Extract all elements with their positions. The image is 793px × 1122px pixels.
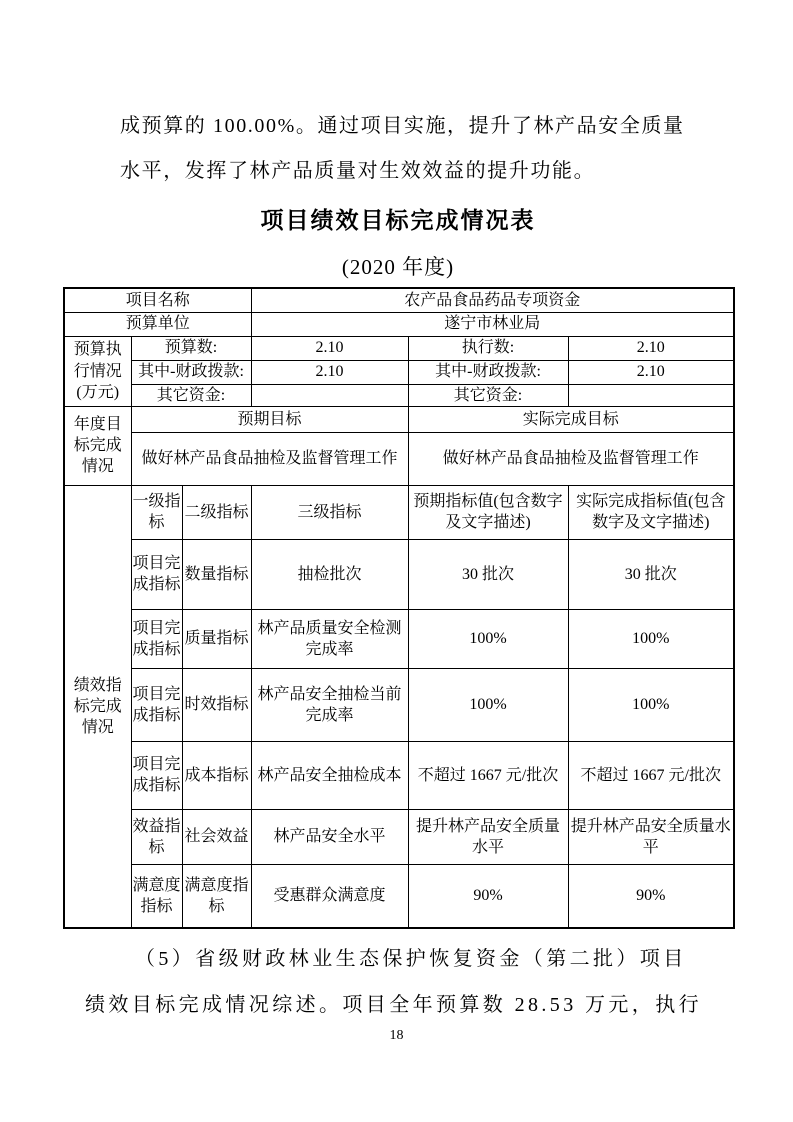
cell-fiscal-allocation-label-right: 其中-财政拨款: <box>408 360 568 384</box>
cell-fiscal-allocation-value-right: 2.10 <box>568 360 734 384</box>
cell-budget-number-label: 预算数: <box>131 336 251 360</box>
table-row: 其它资金: 其它资金: <box>64 384 734 406</box>
cell-indicator-level2: 时效指标 <box>182 668 251 741</box>
cell-performance-section-label: 绩效指标完成情况 <box>64 485 131 928</box>
table-row: 项目完成指标 质量指标 林产品质量安全检测完成率 100% 100% <box>64 609 734 668</box>
cell-indicator-level3: 受惠群众满意度 <box>251 864 408 928</box>
cell-indicator-expected: 100% <box>408 668 568 741</box>
cell-project-name-value: 农产品食品药品专项资金 <box>251 288 734 312</box>
paragraph-line: 绩效目标完成情况综述。项目全年预算数 28.53 万元，执行 <box>85 982 713 1028</box>
table-subtitle: (2020 年度) <box>63 251 733 281</box>
cell-indicator-level1: 效益指标 <box>131 809 182 864</box>
table-row: 项目完成指标 数量指标 抽检批次 30 批次 30 批次 <box>64 539 734 609</box>
document-page: 成预算的 100.00%。通过项目实施，提升了林产品安全质量 水平，发挥了林产品… <box>0 0 793 1122</box>
cell-indicator-level2: 质量指标 <box>182 609 251 668</box>
cell-budget-unit-value: 遂宁市林业局 <box>251 312 734 336</box>
cell-other-funds-label-right: 其它资金: <box>408 384 568 406</box>
cell-expected-target-header: 预期目标 <box>131 406 408 432</box>
cell-indicator-level2: 社会效益 <box>182 809 251 864</box>
page-number: 18 <box>0 1028 793 1044</box>
cell-indicator-actual: 100% <box>568 609 734 668</box>
cell-other-funds-value-right <box>568 384 734 406</box>
cell-budget-execution-label: 预算执行情况(万元) <box>64 336 131 406</box>
cell-indicator-level3: 抽检批次 <box>251 539 408 609</box>
table-row: 项目名称 农产品食品药品专项资金 <box>64 288 734 312</box>
cell-project-name-label: 项目名称 <box>64 288 251 312</box>
cell-indicator-level1: 项目完成指标 <box>131 741 182 809</box>
cell-execution-number-label: 执行数: <box>408 336 568 360</box>
cell-budget-unit-label: 预算单位 <box>64 312 251 336</box>
cell-header-level1: 一级指标 <box>131 485 182 539</box>
cell-indicator-actual: 100% <box>568 668 734 741</box>
cell-indicator-level2: 满意度指标 <box>182 864 251 928</box>
cell-header-level2: 二级指标 <box>182 485 251 539</box>
cell-indicator-actual: 不超过 1667 元/批次 <box>568 741 734 809</box>
table-row: 项目完成指标 时效指标 林产品安全抽检当前完成率 100% 100% <box>64 668 734 741</box>
table-row: 做好林产品食品抽检及监督管理工作 做好林产品食品抽检及监督管理工作 <box>64 432 734 485</box>
cell-indicator-expected: 不超过 1667 元/批次 <box>408 741 568 809</box>
paragraph-line: 水平，发挥了林产品质量对生效效益的提升功能。 <box>120 149 695 194</box>
cell-execution-number-value: 2.10 <box>568 336 734 360</box>
table-row: 预算执行情况(万元) 预算数: 2.10 执行数: 2.10 <box>64 336 734 360</box>
cell-indicator-level2: 数量指标 <box>182 539 251 609</box>
cell-indicator-level1: 项目完成指标 <box>131 539 182 609</box>
cell-indicator-level1: 项目完成指标 <box>131 668 182 741</box>
cell-indicator-actual: 90% <box>568 864 734 928</box>
paragraph-line: 成预算的 100.00%。通过项目实施，提升了林产品安全质量 <box>120 104 695 149</box>
table-row: 项目完成指标 成本指标 林产品安全抽检成本 不超过 1667 元/批次 不超过 … <box>64 741 734 809</box>
cell-other-funds-label-left: 其它资金: <box>131 384 251 406</box>
cell-indicator-expected: 30 批次 <box>408 539 568 609</box>
bottom-paragraph: （5）省级财政林业生态保护恢复资金（第二批）项目 绩效目标完成情况综述。项目全年… <box>85 936 713 1028</box>
cell-indicator-expected: 90% <box>408 864 568 928</box>
cell-header-expected-value: 预期指标值(包含数字及文字描述) <box>408 485 568 539</box>
cell-fiscal-allocation-label-left: 其中-财政拨款: <box>131 360 251 384</box>
cell-indicator-level3: 林产品质量安全检测完成率 <box>251 609 408 668</box>
table-title: 项目绩效目标完成情况表 <box>63 202 733 235</box>
table-row: 绩效指标完成情况 一级指标 二级指标 三级指标 预期指标值(包含数字及文字描述)… <box>64 485 734 539</box>
cell-fiscal-allocation-value-left: 2.10 <box>251 360 408 384</box>
cell-header-level3: 三级指标 <box>251 485 408 539</box>
cell-budget-number-value: 2.10 <box>251 336 408 360</box>
performance-target-table: 项目名称 农产品食品药品专项资金 预算单位 遂宁市林业局 预算执行情况(万元) … <box>63 287 735 929</box>
cell-indicator-level1: 项目完成指标 <box>131 609 182 668</box>
cell-indicator-actual: 提升林产品安全质量水平 <box>568 809 734 864</box>
cell-indicator-expected: 100% <box>408 609 568 668</box>
table-row: 满意度指标 满意度指标 受惠群众满意度 90% 90% <box>64 864 734 928</box>
cell-indicator-level3: 林产品安全抽检当前完成率 <box>251 668 408 741</box>
paragraph-line: （5）省级财政林业生态保护恢复资金（第二批）项目 <box>85 936 713 982</box>
table-row: 年度目标完成情况 预期目标 实际完成目标 <box>64 406 734 432</box>
cell-header-actual-value: 实际完成指标值(包含数字及文字描述) <box>568 485 734 539</box>
cell-indicator-level3: 林产品安全水平 <box>251 809 408 864</box>
cell-indicator-level1: 满意度指标 <box>131 864 182 928</box>
cell-actual-target-header: 实际完成目标 <box>408 406 734 432</box>
cell-expected-target-value: 做好林产品食品抽检及监督管理工作 <box>131 432 408 485</box>
cell-annual-target-label: 年度目标完成情况 <box>64 406 131 485</box>
cell-indicator-expected: 提升林产品安全质量水平 <box>408 809 568 864</box>
cell-indicator-level3: 林产品安全抽检成本 <box>251 741 408 809</box>
table-row: 效益指标 社会效益 林产品安全水平 提升林产品安全质量水平 提升林产品安全质量水… <box>64 809 734 864</box>
top-paragraph: 成预算的 100.00%。通过项目实施，提升了林产品安全质量 水平，发挥了林产品… <box>120 104 695 194</box>
table-row: 预算单位 遂宁市林业局 <box>64 312 734 336</box>
cell-actual-target-value: 做好林产品食品抽检及监督管理工作 <box>408 432 734 485</box>
cell-other-funds-value-left <box>251 384 408 406</box>
table-row: 其中-财政拨款: 2.10 其中-财政拨款: 2.10 <box>64 360 734 384</box>
cell-indicator-actual: 30 批次 <box>568 539 734 609</box>
cell-indicator-level2: 成本指标 <box>182 741 251 809</box>
